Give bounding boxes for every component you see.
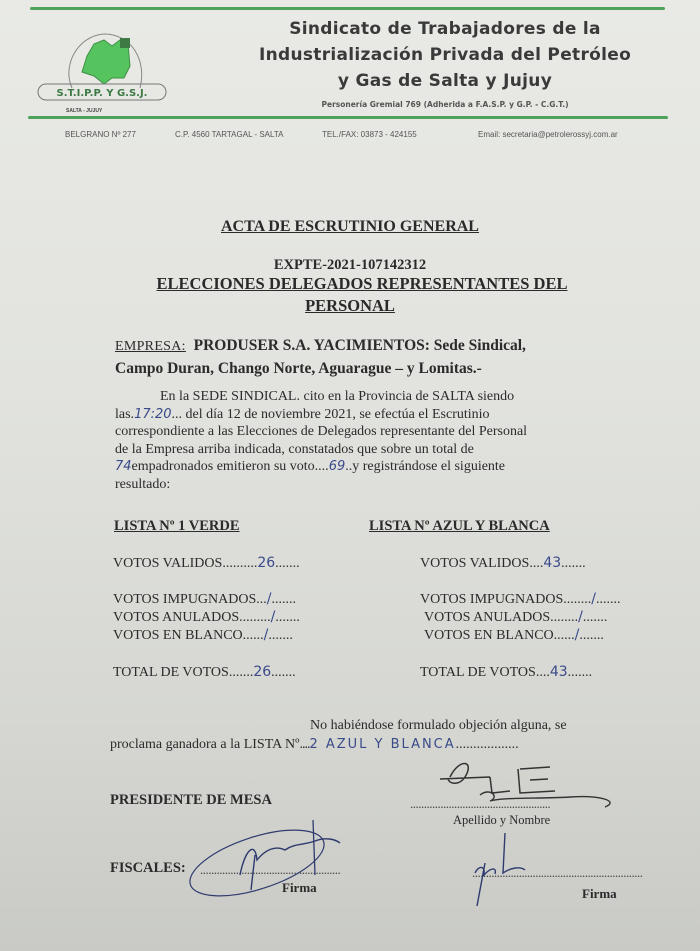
email: Email: secretaria@petrolerossyj.com.ar [478,130,618,139]
union-subtitle: Personería Gremial 769 (Adherida a F.A.S… [230,100,660,109]
vote-row: VOTOS EN BLANCO....../....... [113,627,293,644]
union-name-line-1: Sindicato de Trabajadores de la [230,16,660,42]
vote-value-handwritten: 43 [550,664,568,680]
company-block: EMPRESA: PRODUSER S.A. YACIMIENTOS: Sede… [115,335,675,380]
company-label: EMPRESA: [115,339,186,354]
vote-row: VOTOS IMPUGNADOS.../....... [113,591,296,608]
vote-label: VOTOS IMPUGNADOS [113,592,256,607]
vote-label: VOTOS VALIDOS [420,556,529,571]
fiscales-label: FISCALES: [110,860,186,877]
fiscal-2-signature [465,828,545,908]
winner-handwritten: 2 AZUL Y BLANCA [309,737,455,752]
svg-text:S.T.I.P.P. Y G.S.J.: S.T.I.P.P. Y G.S.J. [57,88,148,99]
paragraph-line-4: de la Empresa arriba indicada, constatad… [115,441,700,459]
paragraph-line-6: resultado: [115,476,700,494]
hour-handwritten: 17:20 [134,407,171,422]
company-line-1: PRODUSER S.A. YACIMIENTOS: Sede Sindical… [194,337,526,354]
president-signature-line: ........................................… [410,796,550,812]
fiscal-1-signature [185,815,355,900]
vote-row: VOTOS VALIDOS....43....... [420,555,586,572]
company-line-2: Campo Duran, Chango Norte, Aguarague – y… [115,358,675,380]
list-1-heading: LISTA Nº 1 VERDE [114,518,240,535]
paragraph-line-3: correspondiente a las Elecciones de Dele… [115,423,700,441]
vote-value-handwritten: 26 [257,555,275,571]
vote-label: VOTOS ANULADOS [113,610,239,625]
address: BELGRANO Nº 277 [65,130,136,139]
vote-value-handwritten: 26 [253,664,271,680]
logo-subtext: SALTA - JUJUY [66,108,102,114]
name-caption: Apellido y Nombre [453,813,550,828]
union-name-line-3: y Gas de Salta y Jujuy [230,68,660,94]
postal-code: C.P. 4560 TARTAGAL - SALTA [175,130,284,139]
union-logo: S.T.I.P.P. Y G.S.J. [32,26,172,106]
vote-row: VOTOS VALIDOS..........26....... [113,555,300,572]
vote-row: TOTAL DE VOTOS....43....... [420,664,592,681]
president-label: PRESIDENTE DE MESA [110,792,272,809]
vote-row: TOTAL DE VOTOS.......26....... [113,664,296,681]
top-rule [30,7,665,10]
phone: TEL./FAX: 03873 - 424155 [322,130,417,139]
proclamation-line-2: proclama ganadora a la LISTA Nº....2 AZU… [110,737,519,753]
list-2-heading: LISTA Nº AZUL Y BLANCA [369,518,550,535]
vote-row: VOTOS ANULADOS........./....... [113,609,300,626]
vote-label: VOTOS EN BLANCO [424,628,554,643]
vote-row: VOTOS ANULADOS......../....... [424,609,607,626]
vote-value-handwritten: 43 [543,555,561,571]
vote-row: VOTOS IMPUGNADOS......../....... [420,591,620,608]
paragraph-line-1: En la SEDE SINDICAL. cito en la Provinci… [115,388,700,406]
vote-label: VOTOS VALIDOS [113,556,222,571]
voters-handwritten: 69 [329,459,346,474]
vote-label: TOTAL DE VOTOS [420,665,536,680]
bottom-rule [28,116,668,119]
fiscal-2-firma-label: Firma [582,886,617,902]
proclamation-line-1: No habiéndose formulado objeción alguna,… [310,718,567,734]
document-title: ACTA DE ESCRUTINIO GENERAL [0,218,700,236]
expediente-number: EXPTE-2021-107142312 [0,257,700,274]
vote-label: VOTOS IMPUGNADOS [420,592,563,607]
total-registered-handwritten: 74 [115,459,132,474]
vote-label: VOTOS EN BLANCO [113,628,243,643]
vote-label: TOTAL DE VOTOS [113,665,229,680]
election-title-line-1: ELECCIONES DELEGADOS REPRESENTANTES DEL [12,274,700,294]
scrutiny-paragraph: En la SEDE SINDICAL. cito en la Provinci… [115,388,700,493]
union-name-line-2: Industrialización Privada del Petróleo [230,42,660,68]
vote-row: VOTOS EN BLANCO....../....... [424,627,604,644]
vote-label: VOTOS ANULADOS [424,610,550,625]
election-title-line-2: PERSONAL [0,296,700,316]
